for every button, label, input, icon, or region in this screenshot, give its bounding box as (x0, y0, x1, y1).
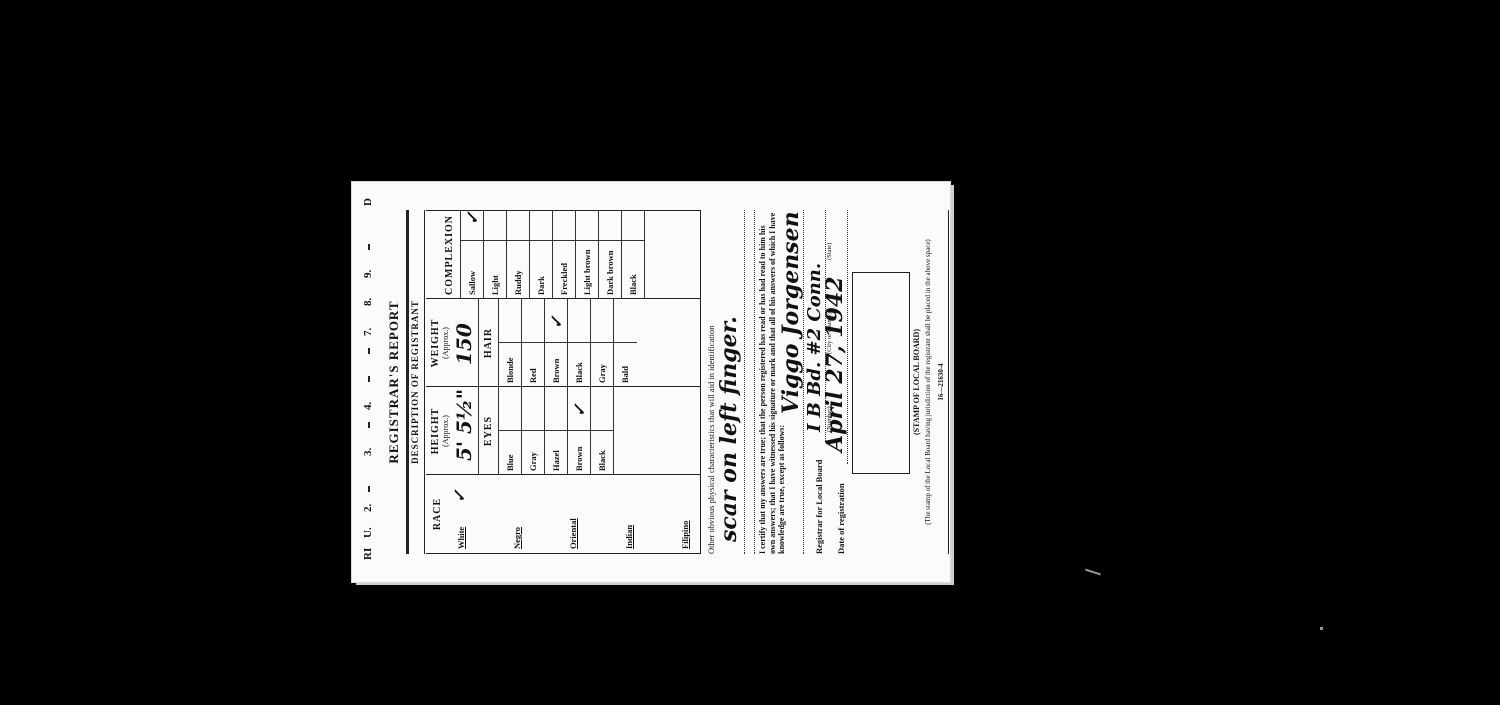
check-mark-icon: ✓ (570, 404, 589, 417)
complexion-option: Sallow (467, 271, 477, 295)
bleed-text: 4. (362, 402, 374, 410)
back-side-bleed: RI U. 2. 3. 4. 7. 8. 9. D (356, 196, 384, 568)
divider (406, 210, 409, 554)
race-header: RACE (432, 475, 443, 553)
divider (424, 210, 425, 554)
bleed-text: 9. (362, 270, 374, 278)
complexion-header: COMPLEXION (444, 211, 455, 299)
description-grid: RACE White ✓ Negro Oriental Indian Filip… (426, 210, 701, 554)
check-mark-icon: ✓ (547, 316, 566, 329)
stamp-note: (The stamp of the Local Board having jur… (924, 182, 932, 582)
divider (948, 210, 949, 554)
bleed-text: D (362, 198, 374, 206)
complexion-option: Black (628, 274, 638, 295)
race-option: Indian (624, 525, 634, 549)
date-label: Date of registration (836, 483, 846, 554)
hair-option: Bald (620, 366, 630, 383)
hair-option: Brown (551, 359, 561, 383)
form-title: REGISTRAR'S REPORT (386, 182, 402, 582)
hair-header: HAIR (478, 299, 494, 387)
bleed-text: 3. (362, 448, 374, 456)
other-characteristics-label: Other obvious physical characteristics t… (706, 210, 716, 554)
hair-option: Blonde (505, 357, 515, 383)
hair-option: Red (528, 368, 538, 383)
race-option: Filipino (680, 521, 690, 549)
bleed-text: 2. (362, 504, 374, 512)
hair-option: Black (574, 362, 584, 383)
eyes-header: EYES (478, 387, 494, 475)
registration-card: RI U. 2. 3. 4. 7. 8. 9. D REGISTRAR'S RE… (352, 182, 950, 582)
weight-label: WEIGHT (430, 319, 441, 368)
weight-value: 150 (452, 323, 476, 365)
height-header: HEIGHT (Approx.) (430, 387, 450, 475)
registrar-signature: Viggo Jorgensen (778, 211, 804, 414)
board-state-label: (State) (826, 243, 833, 260)
race-option: White (456, 527, 466, 549)
bleed-text: RI (362, 548, 374, 560)
complexion-option: Light brown (582, 250, 592, 295)
eyes-option: Hazel (551, 450, 561, 471)
complexion-option: Freckled (559, 263, 569, 295)
stamp-box (852, 272, 910, 474)
date-value: April 27, 1942 (822, 276, 848, 452)
form-number: 16—21630-4 (937, 182, 945, 582)
race-option: Negro (512, 527, 522, 549)
height-label: HEIGHT (430, 408, 441, 455)
race-column: RACE White ✓ Negro Oriental Indian Filip… (426, 474, 700, 553)
complexion-option: Light (490, 275, 500, 295)
other-characteristics-value: scar on left finger. (716, 316, 742, 542)
complexion-option: Dark (536, 276, 546, 295)
height-sub-label: (Approx.) (441, 387, 450, 475)
scan-artifact (1320, 627, 1323, 630)
card-face: RI U. 2. 3. 4. 7. 8. 9. D REGISTRAR'S RE… (352, 182, 950, 582)
hair-option: Gray (597, 364, 607, 383)
eyes-option: Blue (505, 454, 515, 471)
height-eyes-column: HEIGHT (Approx.) 5' 5½" EYES Blue Gray H… (426, 386, 700, 475)
weight-hair-column: WEIGHT (Approx.) 150 HAIR Blonde Red Bro… (426, 298, 700, 387)
bleed-text: U. (362, 527, 374, 538)
height-value: 5' 5½" (452, 389, 476, 461)
complexion-option: Ruddy (513, 270, 523, 295)
scan-artifact (1085, 569, 1101, 576)
complexion-column: COMPLEXION Sallow✓ Light Ruddy Dark Frec… (426, 211, 700, 299)
weight-header: WEIGHT (Approx.) (430, 299, 450, 387)
check-mark-icon: ✓ (450, 490, 469, 503)
eyes-option: Black (597, 450, 607, 471)
image-viewer: RI U. 2. 3. 4. 7. 8. 9. D REGISTRAR'S RE… (0, 0, 1500, 705)
race-option: Oriental (568, 518, 578, 549)
form-subtitle: DESCRIPTION OF REGISTRANT (410, 182, 420, 582)
bleed-text: 7. (362, 328, 374, 336)
complexion-option: Dark brown (605, 251, 615, 295)
eyes-option: Gray (528, 452, 538, 471)
bleed-text: 8. (362, 298, 374, 306)
eyes-option: Brown (574, 447, 584, 471)
stamp-title: (STAMP OF LOCAL BOARD) (912, 182, 921, 582)
weight-sub-label: (Approx.) (441, 299, 450, 387)
check-mark-icon: ✓ (463, 212, 482, 225)
registrar-label: Registrar for Local Board (814, 460, 824, 554)
